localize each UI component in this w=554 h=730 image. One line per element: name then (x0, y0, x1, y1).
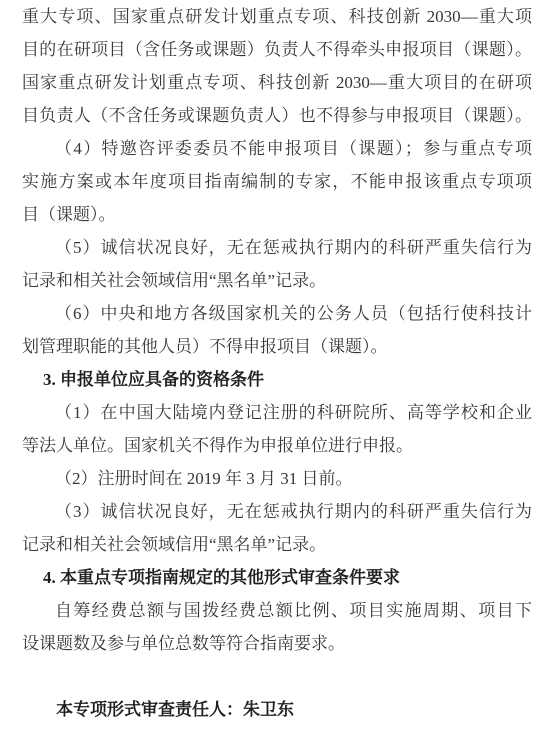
section-heading: 4. 本重点专项指南规定的其他形式审查条件要求 (22, 561, 532, 594)
text-line: （3）诚信状况良好，无在惩戒执行期内的科研严重失信行为 (22, 495, 532, 528)
text-line: 目（课题）。 (22, 198, 532, 231)
text-line: 重大专项、国家重点研发计划重点专项、科技创新 2030—重大项 (22, 0, 532, 33)
text-line: 目负责人（不含任务或课题负责人）也不得参与申报项目（课题）。 (22, 99, 532, 132)
document-body: 重大专项、国家重点研发计划重点专项、科技创新 2030—重大项目的在研项目（含任… (22, 0, 532, 726)
blank-line (22, 660, 532, 693)
text-line: 划管理职能的其他人员）不得申报项目（课题）。 (22, 330, 532, 363)
text-line: 记录和相关社会领域信用“黑名单”记录。 (22, 264, 532, 297)
text-line: （1）在中国大陆境内登记注册的科研院所、高等学校和企业 (22, 396, 532, 429)
text-line: （4）特邀咨评委委员不能申报项目（课题）；参与重点专项 (22, 132, 532, 165)
text-line: 国家重点研发计划重点专项、科技创新 2030—重大项目的在研项 (22, 66, 532, 99)
section-heading: 3. 申报单位应具备的资格条件 (22, 363, 532, 396)
document-page: 重大专项、国家重点研发计划重点专项、科技创新 2030—重大项目的在研项目（含任… (0, 0, 554, 730)
text-line: （2）注册时间在 2019 年 3 月 31 日前。 (22, 462, 532, 495)
text-line: （6）中央和地方各级国家机关的公务人员（包括行使科技计 (22, 297, 532, 330)
text-line: （5）诚信状况良好，无在惩戒执行期内的科研严重失信行为 (22, 231, 532, 264)
text-line: 目的在研项目（含任务或课题）负责人不得牵头申报项目（课题）。 (22, 33, 532, 66)
text-line: 实施方案或本年度项目指南编制的专家，不能申报该重点专项项 (22, 165, 532, 198)
text-line: 设课题数及参与单位总数等符合指南要求。 (22, 627, 532, 660)
text-line: 等法人单位。国家机关不得作为申报单位进行申报。 (22, 429, 532, 462)
signature-line: 本专项形式审查责任人：朱卫东 (22, 693, 532, 726)
text-line: 自筹经费总额与国拨经费总额比例、项目实施周期、项目下 (22, 594, 532, 627)
text-line: 记录和相关社会领域信用“黑名单”记录。 (22, 528, 532, 561)
